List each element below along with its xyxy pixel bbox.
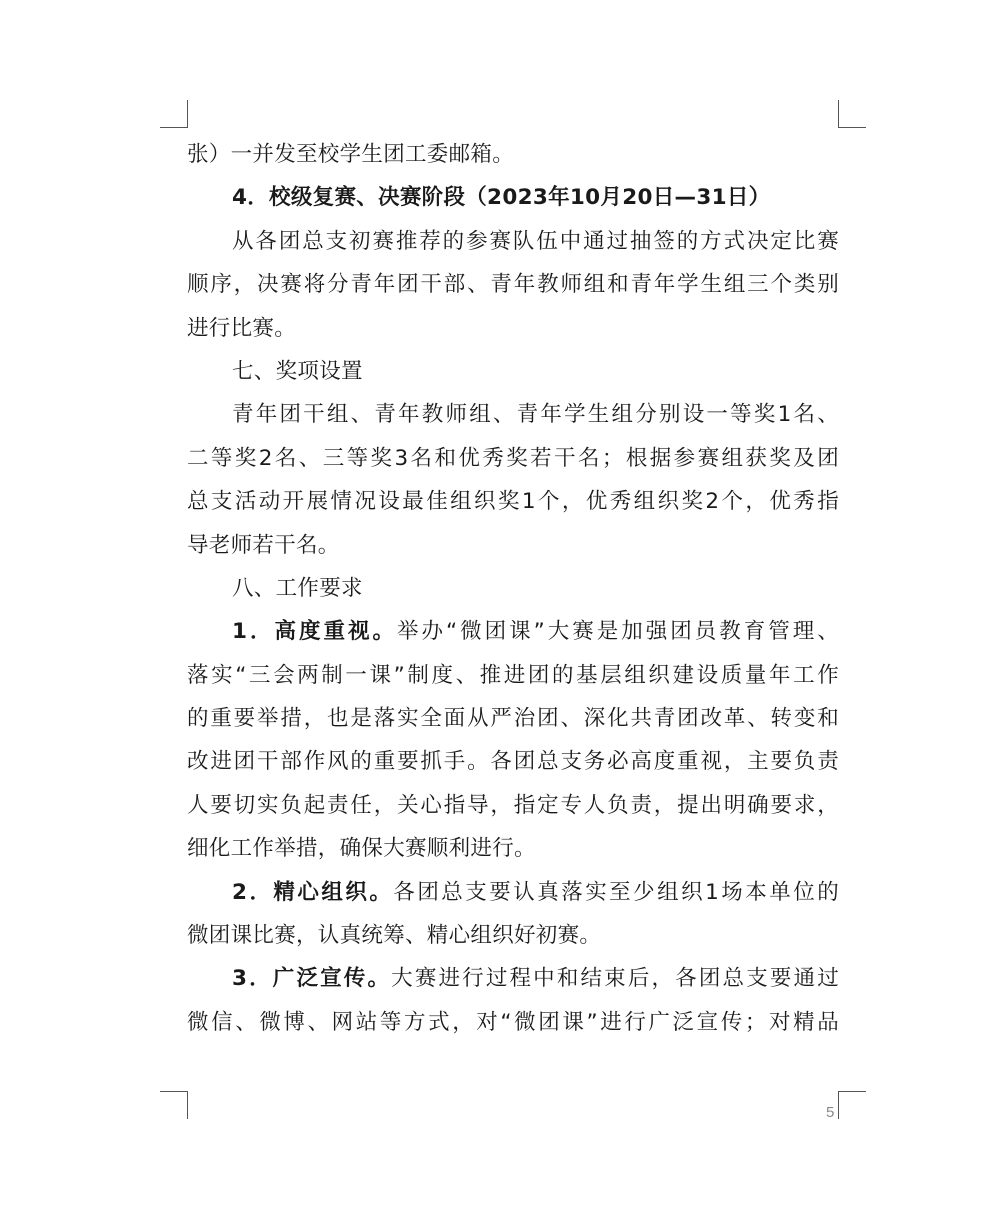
text-line: 微团课比赛，认真统筹、精心组织好初赛。 <box>187 914 839 957</box>
text-line: 二等奖2名、三等奖3名和优秀奖若干名；根据参赛组获奖及团 <box>187 437 839 480</box>
text-line: 落实“三会两制一课”制度、推进团的基层组织建设质量年工作 <box>187 654 839 697</box>
page-number: 5 <box>826 1104 834 1121</box>
crop-mark-top-left <box>160 100 188 128</box>
line-text: 总支活动开展情况设最佳组织奖1个，优秀组织奖2个，优秀指 <box>187 489 839 514</box>
text-line: 1．高度重视。举办“微团课”大赛是加强团员教育管理、 <box>187 610 839 653</box>
bold-heading: 3．广泛宣传。 <box>232 966 391 991</box>
text-line: 总支活动开展情况设最佳组织奖1个，优秀组织奖2个，优秀指 <box>187 480 839 523</box>
text-line: 人要切实负起责任，关心指导，指定专人负责，提出明确要求， <box>187 784 839 827</box>
line-text: 各团总支要认真落实至少组织1场本单位的 <box>393 880 839 905</box>
line-text: 顺序，决赛将分青年团干部、青年教师组和青年学生组三个类别 <box>187 272 839 297</box>
line-text: 微团课比赛，认真统筹、精心组织好初赛。 <box>187 923 601 948</box>
text-line: 顺序，决赛将分青年团干部、青年教师组和青年学生组三个类别 <box>187 263 839 306</box>
text-line: 2．精心组织。各团总支要认真落实至少组织1场本单位的 <box>187 871 839 914</box>
line-text: 大赛进行过程中和结束后，各团总支要通过 <box>391 966 839 991</box>
text-line: 青年团干组、青年教师组、青年学生组分别设一等奖1名、 <box>187 393 839 436</box>
document-body: 张）一并发至校学生团工委邮箱。4．校级复赛、决赛阶段（2023年10月20日—3… <box>187 133 839 1044</box>
text-line: 细化工作举措，确保大赛顺利进行。 <box>187 827 839 870</box>
text-line: 改进团干部作风的重要抓手。各团总支务必高度重视，主要负责 <box>187 740 839 783</box>
crop-mark-bottom-left <box>160 1091 188 1119</box>
text-line: 八、工作要求 <box>187 567 839 610</box>
crop-mark-bottom-right <box>838 1091 866 1119</box>
text-line: 3．广泛宣传。大赛进行过程中和结束后，各团总支要通过 <box>187 957 839 1000</box>
text-line: 导老师若干名。 <box>187 524 839 567</box>
bold-heading: 4．校级复赛、决赛阶段（2023年10月20日—31日） <box>232 185 770 210</box>
line-text: 人要切实负起责任，关心指导，指定专人负责，提出明确要求， <box>187 793 839 818</box>
bold-heading: 1．高度重视。 <box>232 619 397 644</box>
text-line: 4．校级复赛、决赛阶段（2023年10月20日—31日） <box>187 176 839 219</box>
line-text: 细化工作举措，确保大赛顺利进行。 <box>187 836 536 861</box>
text-line: 进行比赛。 <box>187 307 839 350</box>
line-text: 改进团干部作风的重要抓手。各团总支务必高度重视，主要负责 <box>187 749 839 774</box>
text-line: 七、奖项设置 <box>187 350 839 393</box>
line-text: 青年团干组、青年教师组、青年学生组分别设一等奖1名、 <box>232 402 839 427</box>
bold-heading: 2．精心组织。 <box>232 880 393 905</box>
crop-mark-top-right <box>838 100 866 128</box>
line-text: 从各团总支初赛推荐的参赛队伍中通过抽签的方式决定比赛 <box>232 229 839 254</box>
text-line: 微信、微博、网站等方式，对“微团课”进行广泛宣传；对精品 <box>187 1001 839 1044</box>
line-text: 张）一并发至校学生团工委邮箱。 <box>187 142 514 167</box>
text-line: 的重要举措，也是落实全面从严治团、深化共青团改革、转变和 <box>187 697 839 740</box>
line-text: 二等奖2名、三等奖3名和优秀奖若干名；根据参赛组获奖及团 <box>187 446 839 471</box>
line-text: 举办“微团课”大赛是加强团员教育管理、 <box>397 619 839 644</box>
line-text: 导老师若干名。 <box>187 533 340 558</box>
line-text: 进行比赛。 <box>187 316 296 341</box>
document-page: 张）一并发至校学生团工委邮箱。4．校级复赛、决赛阶段（2023年10月20日—3… <box>0 0 1000 1221</box>
line-text: 七、奖项设置 <box>232 359 363 384</box>
line-text: 落实“三会两制一课”制度、推进团的基层组织建设质量年工作 <box>187 663 839 688</box>
text-line: 张）一并发至校学生团工委邮箱。 <box>187 133 839 176</box>
line-text: 的重要举措，也是落实全面从严治团、深化共青团改革、转变和 <box>187 706 839 731</box>
line-text: 微信、微博、网站等方式，对“微团课”进行广泛宣传；对精品 <box>187 1010 839 1035</box>
text-line: 从各团总支初赛推荐的参赛队伍中通过抽签的方式决定比赛 <box>187 220 839 263</box>
line-text: 八、工作要求 <box>232 576 363 601</box>
